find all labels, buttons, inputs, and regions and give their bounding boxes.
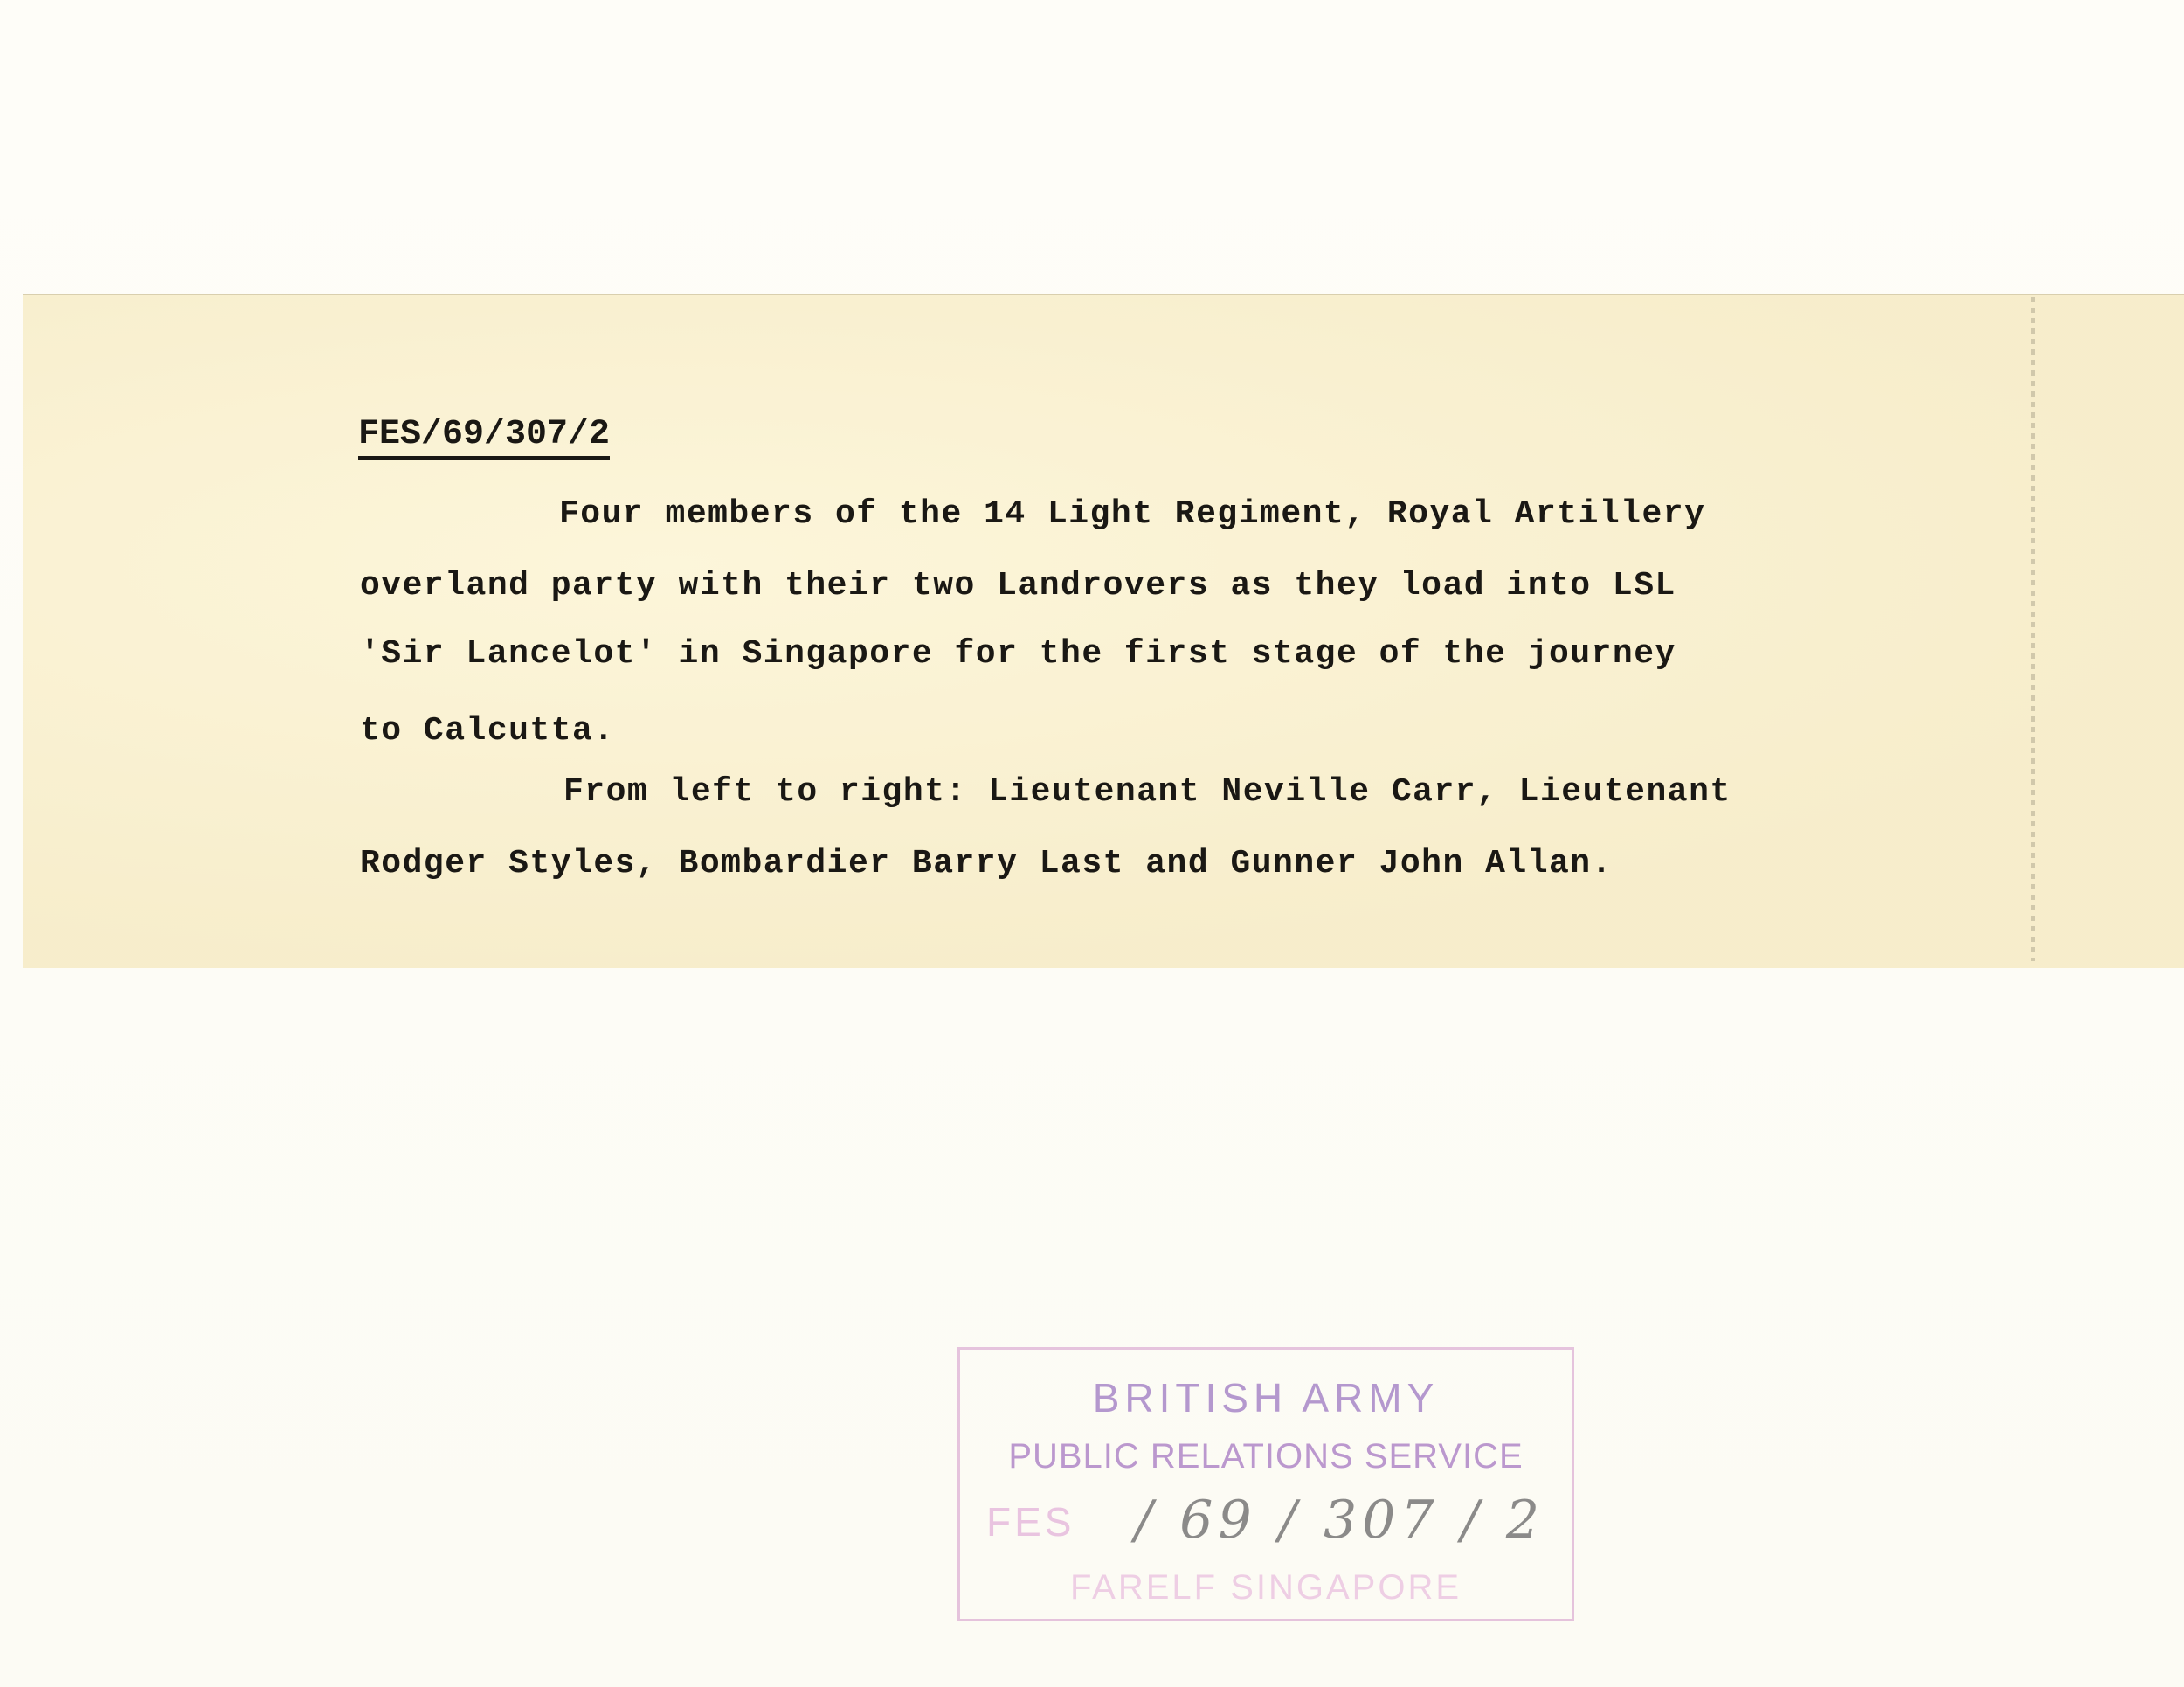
caption-line-1: Four members of the 14 Light Regiment, R… xyxy=(559,498,1705,531)
stamp-line-public-relations: PUBLIC RELATIONS SERVICE xyxy=(960,1437,1572,1476)
caption-line-5: From left to right: Lieutenant Neville C… xyxy=(563,776,1731,809)
photo-back-page: FES/69/307/2 Four members of the 14 Ligh… xyxy=(0,0,2184,1687)
reference-number: FES/69/307/2 xyxy=(358,418,610,460)
fold-line xyxy=(2031,297,2035,961)
caption-line-6: Rodger Styles, Bombardier Barry Last and… xyxy=(360,847,1613,881)
stamp-line-british-army: BRITISH ARMY xyxy=(960,1374,1572,1421)
caption-line-2: overland party with their two Landrovers… xyxy=(360,570,1676,603)
pr-service-stamp: BRITISH ARMY PUBLIC RELATIONS SERVICE FE… xyxy=(957,1347,1574,1621)
stamp-line-prefix: FES xyxy=(986,1498,1075,1545)
stamp-line-location: FARELF SINGAPORE xyxy=(960,1568,1572,1607)
caption-line-4: to Calcutta. xyxy=(360,715,615,748)
handwritten-reference: / 69 / 307 / 2 xyxy=(1135,1490,1545,1551)
caption-line-3: 'Sir Lancelot' in Singapore for the firs… xyxy=(360,638,1676,671)
